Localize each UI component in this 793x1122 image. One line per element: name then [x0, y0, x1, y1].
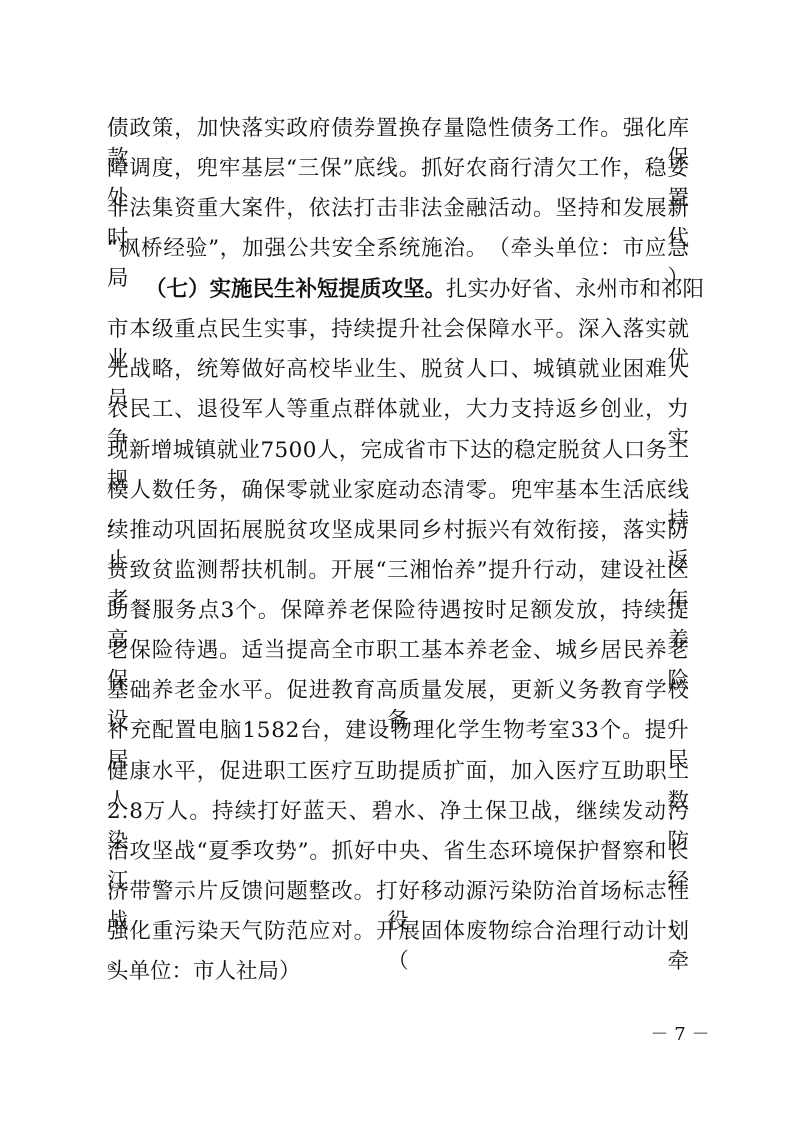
paragraph-line: 市 本 级 重 点 民 生 实 事 ， 持 续 提 升 社 会 保 障 水 平 … — [107, 315, 689, 345]
paragraph-line: 模 人 数 任 务 ， 确 保 零 就 业 家 庭 动 态 清 零 。 兜 牢 … — [107, 476, 689, 506]
paragraph-line: 老 保 险 待 遇 。 适 当 提 高 全 市 职 工 基 本 养 老 金 、 … — [107, 636, 689, 666]
paragraph-line: 2 . 8 万 人 。 持 续 打 好 蓝 天 、 碧 水 、 净 土 保 卫 … — [107, 797, 689, 827]
paragraph-line: 先 战 略 ， 统 筹 做 好 高 校 毕 业 生 、 脱 贫 人 口 、 城 … — [107, 355, 689, 385]
paragraph-line: 农 民 工 、 退 役 军 人 等 重 点 群 体 就 业 ， 大 力 支 持 … — [107, 395, 689, 425]
paragraph-line: 强 化 重 污 染 天 气 防 范 应 对 。 开 展 固 体 废 物 综 合 … — [107, 917, 689, 947]
paragraph-line: 健 康 水 平 ， 促 进 职 工 医 疗 互 助 提 质 扩 面 ， 加 入 … — [107, 757, 689, 787]
paragraph-line: 贫 致 贫 监 测 帮 扶 机 制 。 开 展 “ 三 湘 怡 养 ” 提 升 … — [107, 556, 689, 586]
paragraph-line: “ 枫 桥 经 验 ” ， 加 强 公 共 安 全 系 统 施 治 。 （ 牵 … — [107, 234, 689, 264]
page-number: － 7 － — [640, 1020, 720, 1046]
heading-line-text: 扎实办好省、永州市和祁阳 — [446, 277, 704, 302]
paragraph-line: 补 充 配 置 电 脑 1 5 8 2 台 ， 建 设 物 理 化 学 生 物 … — [107, 716, 689, 746]
paragraph-line: 非 法 集 资 重 大 案 件 ， 依 法 打 击 非 法 金 融 活 动 。 … — [107, 194, 689, 224]
paragraph-line: 障 调 度 ， 兜 牢 基 层 “ 三 保 ” 底 线 。 抓 好 农 商 行 … — [107, 154, 689, 184]
document-page: 债 政 策 ， 加 快 落 实 政 府 债 券 置 换 存 量 隐 性 债 务 … — [0, 0, 793, 1122]
section-heading-line: （七）实施民生补短提质攻坚。扎实办好省、永州市和祁阳 — [145, 275, 689, 305]
paragraph-line: 续 推 动 巩 固 拓 展 脱 贫 攻 坚 成 果 同 乡 村 振 兴 有 效 … — [107, 516, 689, 546]
paragraph-line: 头单位：市人社局） — [107, 957, 689, 987]
paragraph-line: 债 政 策 ， 加 快 落 实 政 府 债 券 置 换 存 量 隐 性 债 务 … — [107, 114, 689, 144]
paragraph-line: 治 攻 坚 战 “ 夏 季 攻 势 ” 。 抓 好 中 央 、 省 生 态 环 … — [107, 837, 689, 867]
paragraph-line: 济 带 警 示 片 反 馈 问 题 整 改 。 打 好 移 动 源 污 染 防 … — [107, 877, 689, 907]
paragraph-line: 基 础 养 老 金 水 平 。 促 进 教 育 高 质 量 发 展 ， 更 新 … — [107, 676, 689, 706]
section-heading: （七）实施民生补短提质攻坚。 — [145, 277, 446, 302]
paragraph-line: 助 餐 服 务 点 3 个 。 保 障 养 老 保 险 待 遇 按 时 足 额 … — [107, 596, 689, 626]
paragraph-line: 现 新 增 城 镇 就 业 7 5 0 0 人 ， 完 成 省 市 下 达 的 … — [107, 436, 689, 466]
